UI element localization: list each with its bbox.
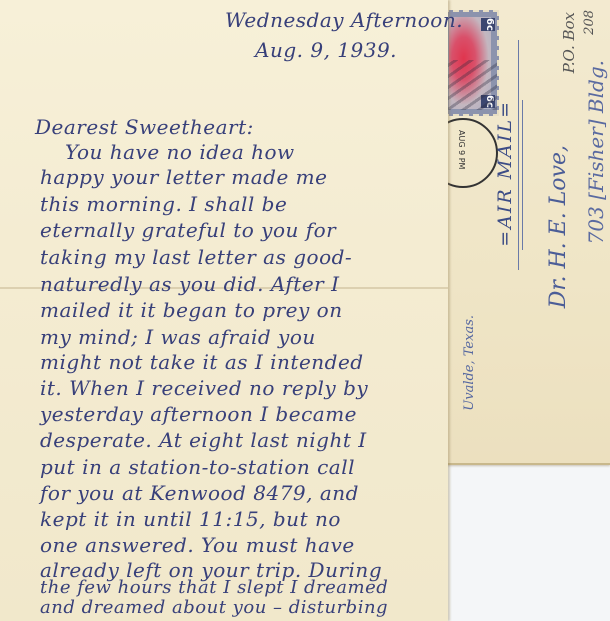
letter-line: my mind; I was afraid you (40, 325, 316, 349)
letter-line: one answered. You must have (40, 533, 355, 557)
letter-line: the few hours that I slept I dreamed (40, 577, 388, 598)
airmail-underline (518, 40, 519, 270)
postmark-date: AUG 9 PM (456, 130, 467, 169)
letter-line: eternally grateful to you for (40, 218, 336, 242)
letter-line: might not take it as I intended (40, 350, 364, 374)
po-box-number: 208 (582, 10, 597, 35)
letter-heading-date: Aug. 9, 1939. (255, 38, 397, 62)
letter-line: yesterday afternoon I became (40, 402, 357, 426)
letter-salutation: Dearest Sweetheart: (35, 115, 254, 139)
recipient-street: 703 [Fisher] Bldg. (584, 60, 608, 244)
letter-heading-day: Wednesday Afternoon. (225, 8, 463, 32)
letter-line: happy your letter made me (40, 165, 327, 189)
letter-line: put in a station-to-station call (40, 455, 355, 479)
postmark-day: 9 (457, 150, 466, 155)
letter-line: for you at Kenwood 8479, and (40, 481, 359, 505)
letter-line: kept it in until 11:15, but no (40, 507, 341, 531)
letter-line: and dreamed about you – disturbing (40, 597, 388, 618)
return-location-note: Uvalde, Texas. (462, 315, 477, 411)
airmail-label: =AIR MAIL= (494, 100, 516, 247)
letter-line: taking my last letter as good- (40, 245, 352, 269)
letter-line: You have no idea how (65, 140, 295, 164)
letter-line: mailed it it began to prey on (40, 298, 343, 322)
letter-line: naturedly as you did. After I (40, 272, 340, 296)
postmark-time: PM (457, 158, 466, 170)
po-box-label: P.O. Box (560, 12, 578, 73)
cancellation-marks (445, 60, 497, 110)
letter-page: Wednesday Afternoon. Aug. 9, 1939. Deare… (0, 0, 448, 621)
airmail-underline-2 (522, 100, 523, 250)
recipient-name: Dr. H. E. Love, (546, 145, 571, 308)
letter-line: it. When I received no reply by (40, 376, 368, 400)
postmark-month: AUG (457, 130, 466, 148)
stamp-denomination: 6c (481, 18, 495, 31)
letter-line: desperate. At eight last night I (40, 428, 367, 452)
letter-line: this morning. I shall be (40, 192, 287, 216)
